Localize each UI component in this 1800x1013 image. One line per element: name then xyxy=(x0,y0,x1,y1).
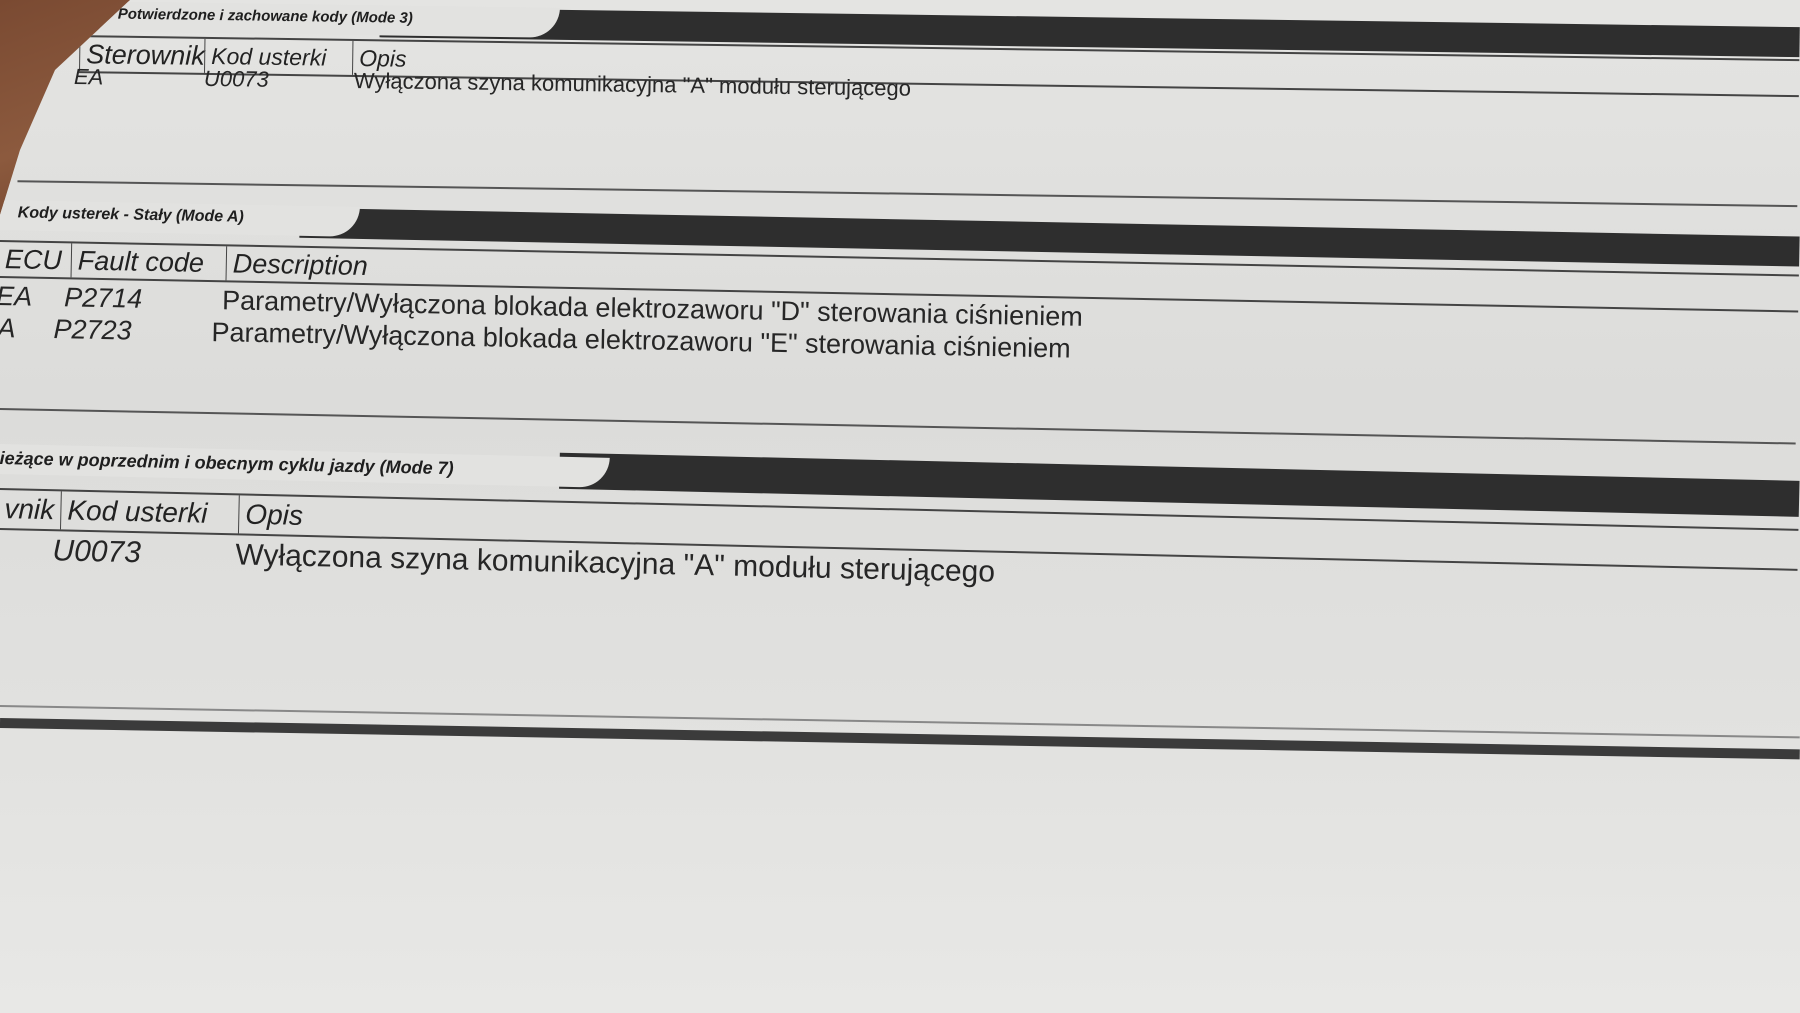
column-header-description: Opis xyxy=(238,495,439,538)
fault-code-cell: U0073 xyxy=(52,534,141,570)
column-header-ecu: vnik xyxy=(0,490,61,529)
section-bottom-border xyxy=(17,180,1797,207)
section-mode-a: Kody usterek - Stały (Mode A) ECU Fault … xyxy=(0,200,1800,465)
fault-code-cell: U0073 xyxy=(204,66,269,93)
section-title: Kody usterek - Stały (Mode A) xyxy=(0,200,360,237)
ecu-cell: EA xyxy=(74,64,104,90)
section-mode-7: ieżące w poprzednim i obecnym cyklu jazd… xyxy=(0,440,1800,761)
section-bottom-border xyxy=(0,408,1796,445)
fault-code-cell: P2714 xyxy=(64,282,143,314)
column-header-description: Description xyxy=(225,246,526,286)
section-mode-3: Potwierdzone i zachowane kody (Mode 3) S… xyxy=(0,0,1800,225)
section-title: ieżące w poprzednim i obecnym cyklu jazd… xyxy=(0,444,610,488)
printed-report-page: Potwierdzone i zachowane kody (Mode 3) S… xyxy=(0,0,1800,1013)
description-cell: Wyłączona szyna komunikacyjna "A" modułu… xyxy=(354,68,911,102)
column-header-code: Fault code xyxy=(71,243,227,280)
column-header-ecu: ECU xyxy=(0,242,71,277)
fault-code-cell: P2723 xyxy=(53,314,132,346)
ecu-cell: EA xyxy=(0,280,32,312)
section-title: Potwierdzone i zachowane kody (Mode 3) xyxy=(100,1,560,37)
ecu-cell: A xyxy=(0,312,16,343)
column-header-code: Kod usterki xyxy=(60,491,239,533)
